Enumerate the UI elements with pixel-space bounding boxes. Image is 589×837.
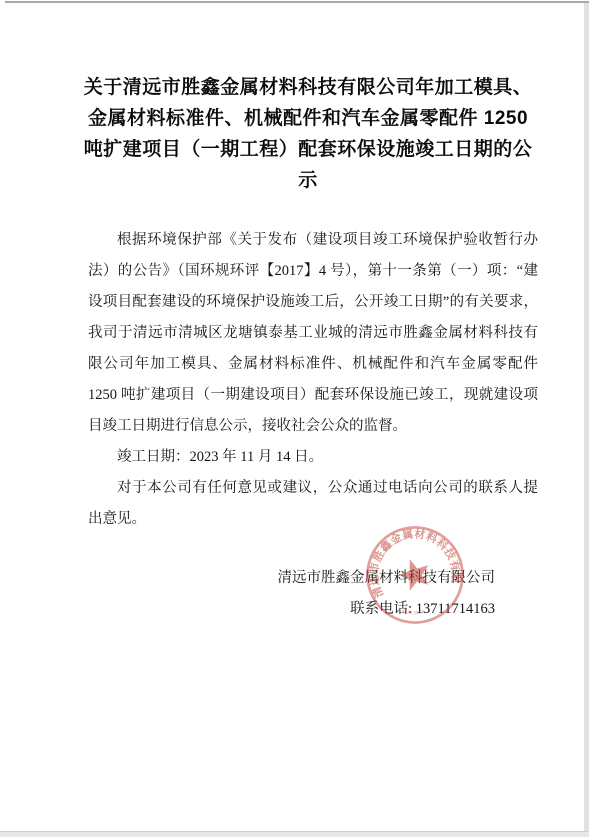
- title-line-3: 吨扩建项目（一期工程）配套环保设施竣工日期的公: [78, 134, 538, 165]
- notice-page: { "page": { "background": "#ffffff", "ed…: [0, 0, 589, 837]
- title-line-4: 示: [78, 165, 538, 196]
- body-line: 目竣工日期进行信息公示，接收社会公众的监督。: [88, 411, 538, 442]
- body-line: 限公司年加工模具、金属材料标准件、机械配件和汽车金属零配件: [88, 349, 538, 380]
- page-top-edge: [5, 1, 589, 3]
- notice-title: 关于清远市胜鑫金属材料科技有限公司年加工模具、 金属材料标准件、机械配件和汽车金…: [78, 72, 538, 196]
- title-line-1: 关于清远市胜鑫金属材料科技有限公司年加工模具、: [78, 72, 538, 103]
- signature-company: 清远市胜鑫金属材料科技有限公司: [278, 563, 496, 594]
- signature-block: 清远市胜鑫金属材料科技有限公司 联系电话: 13711714163: [278, 563, 496, 625]
- body-line: 设项目配套建设的环境保护设施竣工后，公开竣工日期”的有关要求，: [88, 287, 538, 318]
- completion-date-line: 竣工日期：2023 年 11 月 14 日。: [88, 442, 538, 473]
- title-line-2: 金属材料标准件、机械配件和汽车金属零配件 1250: [78, 103, 538, 134]
- body-line: 我司于清远市清城区龙塘镇泰基工业城的清远市胜鑫金属材料科技有: [88, 318, 538, 349]
- notice-body: 根据环境保护部《关于发布（建设项目竣工环境保护验收暂行办 法）的公告》（国环规环…: [88, 225, 538, 535]
- body-line: 出意见。: [88, 504, 538, 535]
- body-line: 对于本公司有任何意见或建议，公众通过电话向公司的联系人提: [88, 473, 538, 504]
- body-line: 根据环境保护部《关于发布（建设项目竣工环境保护验收暂行办: [88, 225, 538, 256]
- body-line: 1250 吨扩建项目（一期建设项目）配套环保设施已竣工，现就建设项: [88, 380, 538, 411]
- page-bottom-edge: [0, 831, 589, 837]
- signature-phone: 联系电话: 13711714163: [278, 594, 496, 625]
- body-line: 法）的公告》（国环规环评【2017】4 号），第十一条第（一）项：“建: [88, 256, 538, 287]
- page-right-edge: [584, 3, 589, 831]
